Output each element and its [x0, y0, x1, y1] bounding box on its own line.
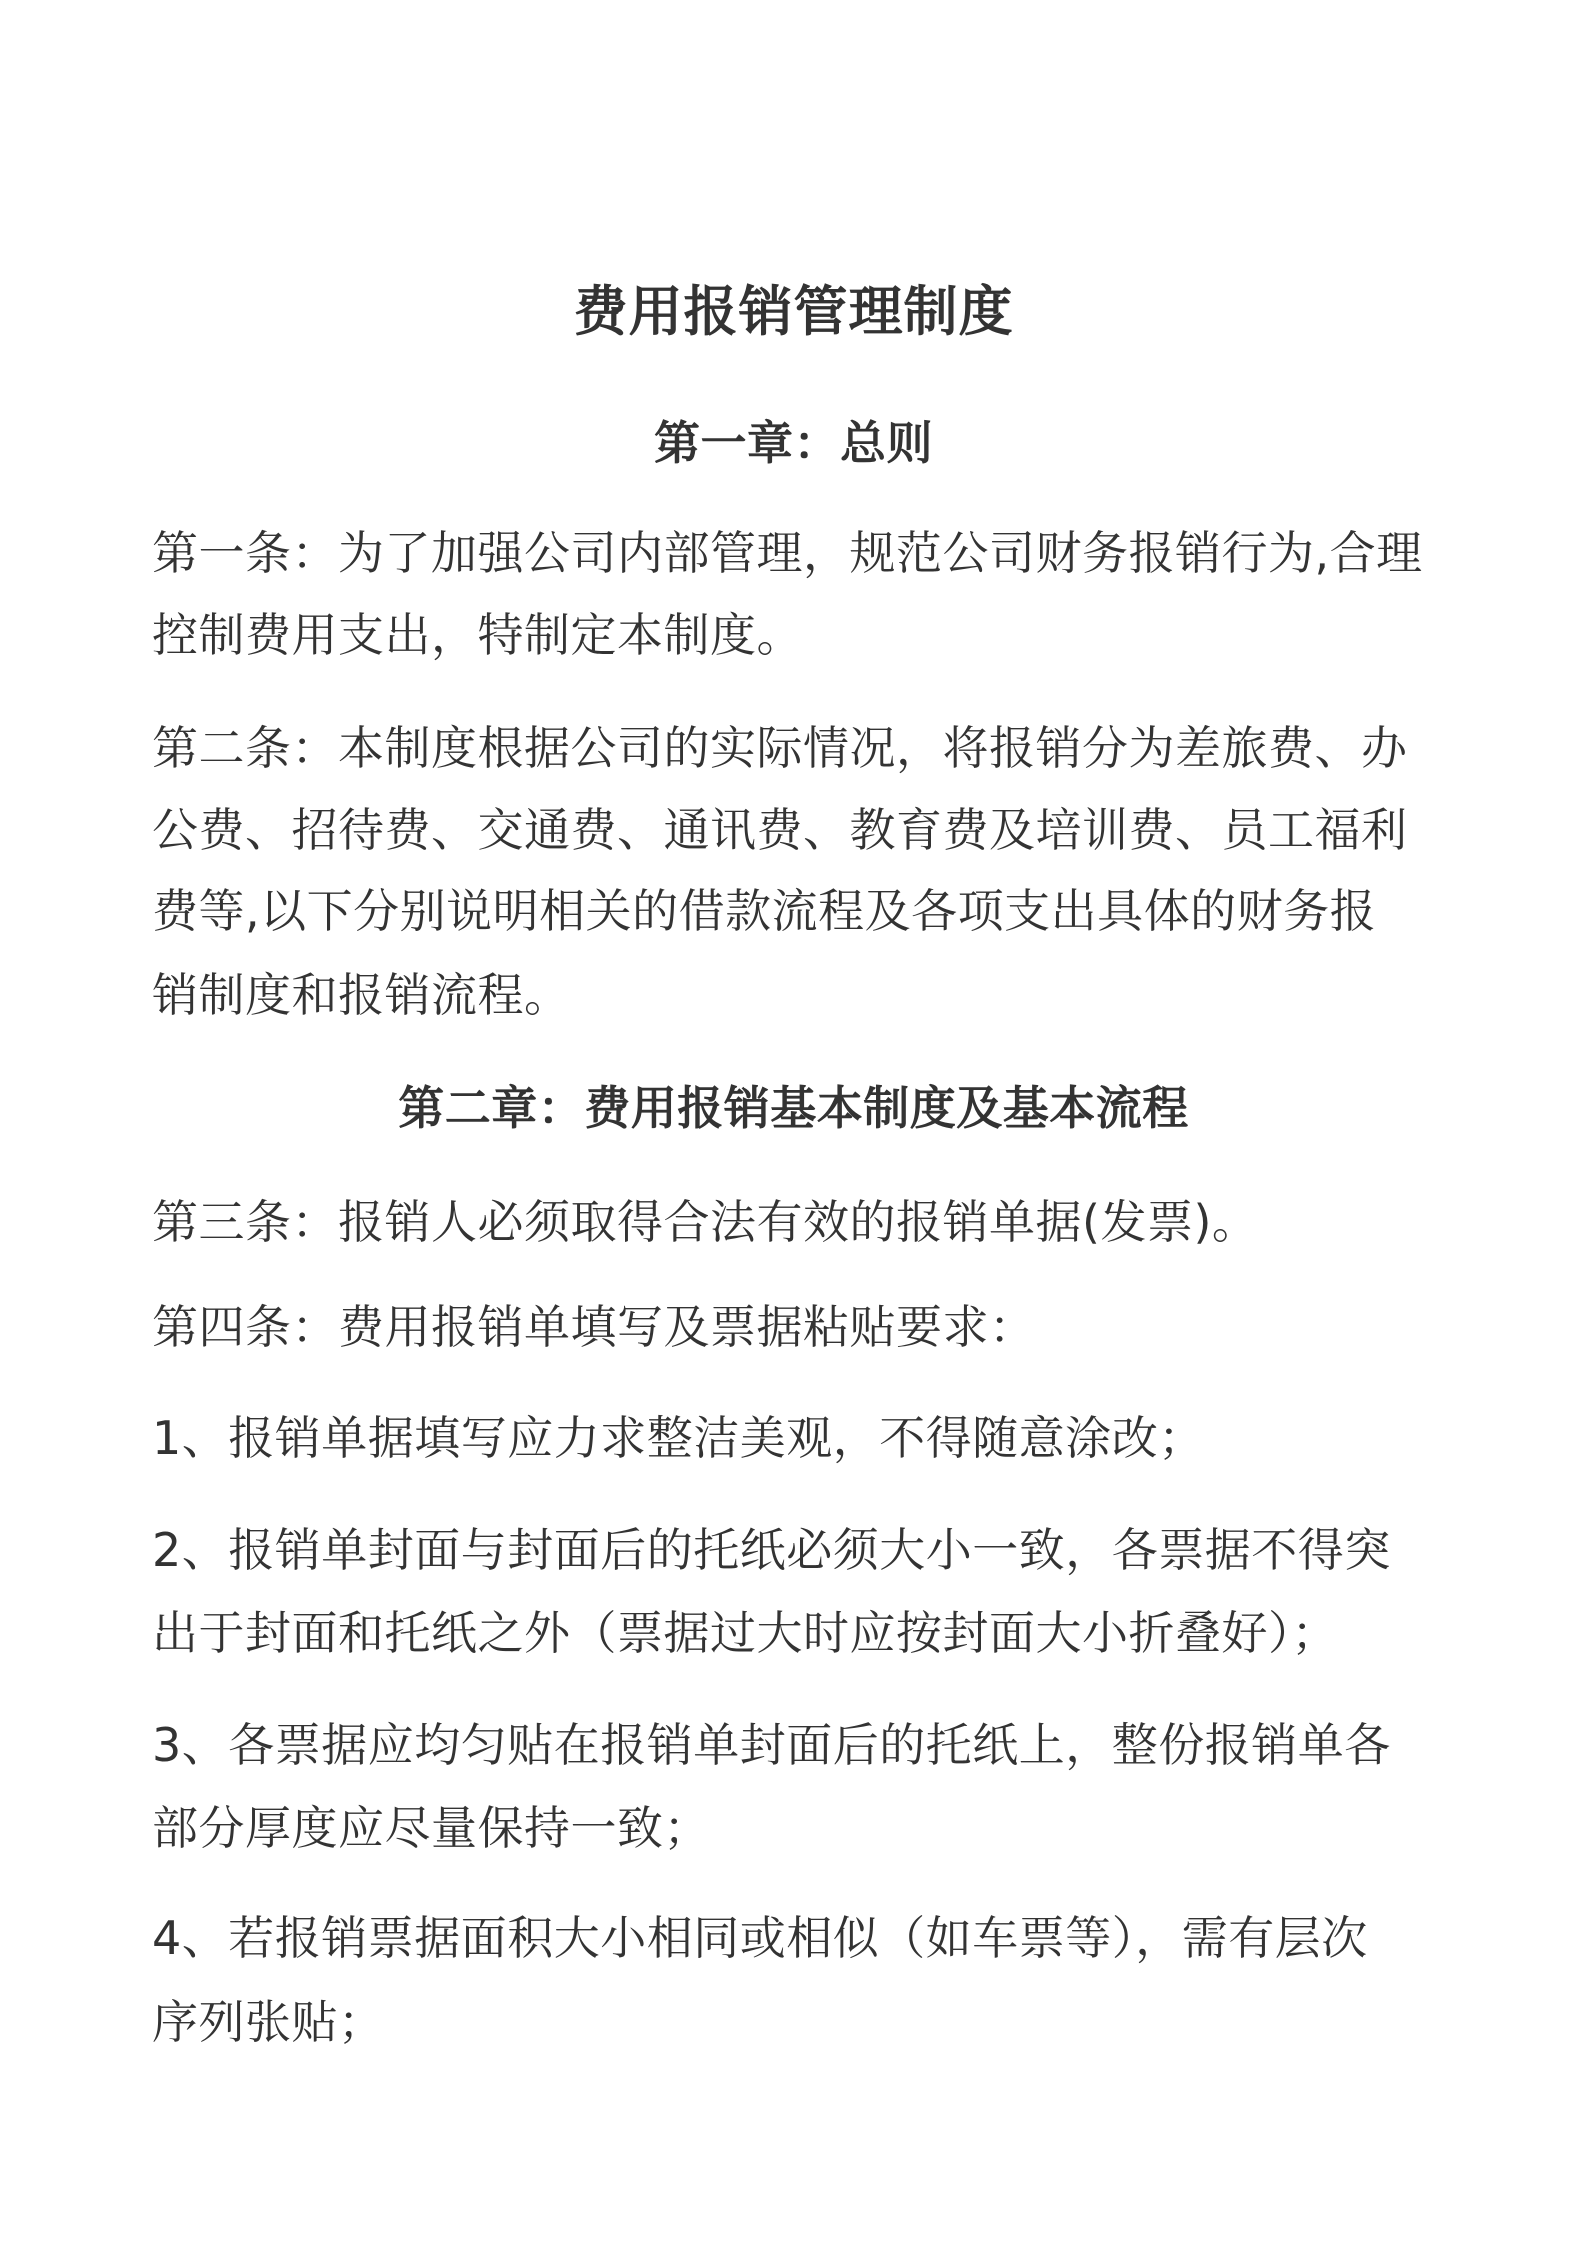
- document-title: 费用报销管理制度: [0, 277, 1587, 347]
- document-page: 费用报销管理制度 第一章：总则 第一条：为了加强公司内部管理，规范公司财务报销行…: [0, 0, 1587, 2245]
- item-2-line-2: 出于封面和托纸之外（票据过大时应按封面大小折叠好）；: [152, 1603, 1452, 1663]
- item-4-line-2: 序列张贴；: [152, 1992, 1452, 2052]
- article-3-line-1: 第三条：报销人必须取得合法有效的报销单据(发票)。: [152, 1192, 1452, 1252]
- item-3-line-1: 3、各票据应均匀贴在报销单封面后的托纸上，整份报销单各: [152, 1715, 1452, 1775]
- item-4-line-1: 4、若报销票据面积大小相同或相似（如车票等），需有层次: [152, 1908, 1452, 1968]
- item-2-line-1: 2、报销单封面与封面后的托纸必须大小一致，各票据不得突: [152, 1520, 1452, 1580]
- item-1-line-1: 1、报销单据填写应力求整洁美观，不得随意涂改；: [152, 1408, 1452, 1468]
- article-2-line-2: 公费、招待费、交通费、通讯费、教育费及培训费、员工福利: [152, 800, 1452, 860]
- item-3-line-2: 部分厚度应尽量保持一致；: [152, 1798, 1452, 1858]
- article-1-line-2: 控制费用支出，特制定本制度。: [152, 605, 1452, 665]
- article-4-line-1: 第四条：费用报销单填写及票据粘贴要求：: [152, 1297, 1452, 1357]
- chapter-2-heading: 第二章：费用报销基本制度及基本流程: [0, 1078, 1587, 1138]
- article-2-line-3: 费等,以下分别说明相关的借款流程及各项支出具体的财务报: [152, 881, 1452, 941]
- article-2-line-4: 销制度和报销流程。: [152, 965, 1452, 1025]
- article-2-line-1: 第二条：本制度根据公司的实际情况，将报销分为差旅费、办: [152, 718, 1452, 778]
- chapter-1-heading: 第一章：总则: [0, 413, 1587, 473]
- article-1-line-1: 第一条：为了加强公司内部管理，规范公司财务报销行为,合理: [152, 523, 1452, 583]
